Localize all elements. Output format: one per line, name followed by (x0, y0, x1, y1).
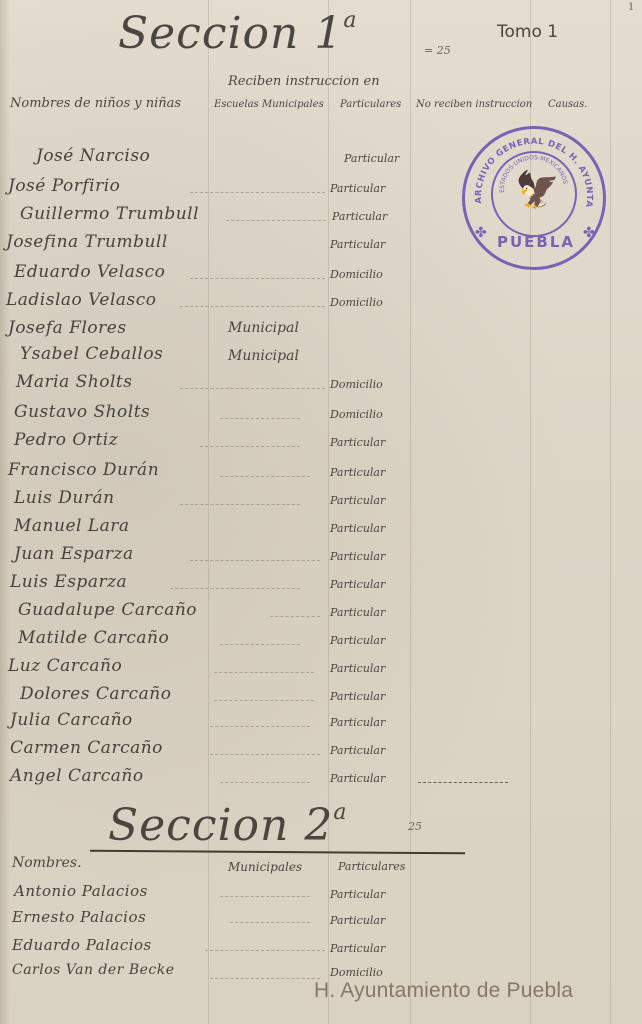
leader-dots (210, 726, 310, 727)
child-name: Eduardo Palacios (12, 936, 152, 954)
instruction-type: Domicilio (330, 408, 383, 421)
leader-dots (220, 644, 300, 645)
leader-dots (220, 782, 310, 783)
leader-dots (205, 950, 325, 951)
child-name: Guillermo Trumbull (20, 204, 199, 224)
page-number: 1 (628, 2, 634, 13)
instruction-type: Particular (344, 152, 399, 165)
child-name: Eduardo Velasco (14, 262, 165, 282)
instruction-type: Particular (330, 772, 385, 785)
instruction-type: Particular (330, 634, 385, 647)
instruction-type: Particular (330, 494, 385, 507)
leader-dots (190, 560, 320, 561)
table-row: Luis EsparzaParticular (0, 572, 642, 598)
child-name: Maria Sholts (16, 372, 132, 392)
child-name: Guadalupe Carcaño (18, 600, 197, 620)
instruction-type: Particular (330, 942, 385, 955)
child-name: José Porfirio (8, 176, 120, 196)
leader-dots (220, 476, 310, 477)
instruction-type: Particular (330, 550, 385, 563)
instruction-type: Particular (330, 578, 385, 591)
child-name: Carmen Carcaño (10, 738, 163, 758)
instruction-type: Particular (330, 436, 385, 449)
child-name: Luz Carcaño (8, 656, 122, 676)
table-row: Francisco DuránParticular (0, 460, 642, 486)
municipal-school: Municipal (228, 348, 299, 364)
child-name: Matilde Carcaño (18, 628, 169, 648)
section-2-header-municipal: Municipales (228, 860, 302, 874)
child-name: Dolores Carcaño (20, 684, 171, 704)
archive-watermark: H. Ayuntamiento de Puebla (314, 979, 573, 1003)
child-name: Manuel Lara (14, 516, 130, 536)
table-row: Pedro OrtizParticular (0, 430, 642, 456)
header-particular: Particulares (340, 99, 401, 110)
table-row: Angel CarcañoParticular (0, 766, 642, 792)
table-row: José NarcisoParticular (0, 146, 642, 172)
leader-dots (220, 418, 300, 419)
child-name: Juan Esparza (14, 544, 134, 564)
table-row: Luz CarcañoParticular (0, 656, 642, 682)
section-2-title: Seccion 2a (108, 800, 347, 851)
table-row: Gustavo SholtsDomicilio (0, 402, 642, 428)
table-row: Luis DuránParticular (0, 488, 642, 514)
table-row: Ernesto PalaciosParticular (0, 908, 642, 934)
table-row: Josefa FloresMunicipal (0, 318, 642, 344)
table-row: Juan EsparzaParticular (0, 544, 642, 570)
instruction-type: Particular (332, 210, 387, 223)
leader-dots (226, 220, 326, 221)
leader-dots (210, 754, 320, 755)
instruction-type: Particular (330, 914, 385, 927)
section-1-title: Seccion 1a (118, 8, 357, 59)
instruction-type: Particular (330, 522, 385, 535)
ledger-page: 1 Tomo 1 Seccion 1a = 25 Reciben instruc… (0, 0, 642, 1024)
table-row: Ladislao VelascoDomicilio (0, 290, 642, 316)
leader-dots (230, 922, 310, 923)
section-1-title-text: Seccion 1 (118, 8, 343, 59)
leader-dots (214, 672, 314, 673)
table-row: Dolores CarcañoParticular (0, 684, 642, 710)
child-name: José Narciso (36, 146, 150, 166)
table-row: Manuel LaraParticular (0, 516, 642, 542)
table-row: Maria SholtsDomicilio (0, 372, 642, 398)
table-row: Guadalupe CarcañoParticular (0, 600, 642, 626)
child-name: Luis Durán (14, 488, 115, 508)
table-row: Eduardo VelascoDomicilio (0, 262, 642, 288)
table-row: Matilde CarcañoParticular (0, 628, 642, 654)
header-schools: Escuelas (214, 99, 259, 110)
leader-dots (180, 388, 325, 389)
instruction-type: Particular (330, 744, 385, 757)
instruction-type: Particular (330, 690, 385, 703)
section-2-underline (90, 850, 465, 855)
header-causes: Causas. (548, 99, 587, 110)
section-2-title-text: Seccion 2 (108, 800, 333, 851)
leader-dots (270, 616, 320, 617)
leader-dots (210, 978, 320, 979)
header-municipal: Municipales (262, 99, 324, 110)
table-row: Antonio PalaciosParticular (0, 882, 642, 908)
municipal-school: Municipal (228, 320, 299, 336)
child-name: Gustavo Sholts (14, 402, 150, 422)
instruction-type: Particular (330, 888, 385, 901)
leader-dots (180, 306, 325, 307)
header-receive-instruction: Reciben instruccion en (228, 74, 380, 89)
table-row: Ysabel CeballosMunicipal (0, 344, 642, 370)
child-name: Josefa Flores (8, 318, 127, 338)
table-row: José PorfirioParticular (0, 176, 642, 202)
child-name: Francisco Durán (8, 460, 159, 480)
child-name: Luis Esparza (10, 572, 127, 592)
child-name: Josefina Trumbull (6, 232, 168, 252)
leader-dots (200, 446, 300, 447)
instruction-type: Domicilio (330, 966, 383, 979)
section-2-title-sup: a (333, 800, 347, 825)
instruction-type: Particular (330, 716, 385, 729)
leader-dots (220, 896, 310, 897)
instruction-type: Particular (330, 238, 385, 251)
leader-dots (170, 588, 300, 589)
child-name: Pedro Ortiz (14, 430, 118, 450)
table-row: Julia CarcañoParticular (0, 710, 642, 736)
leader-dots (418, 782, 508, 783)
volume-label: Tomo 1 (497, 22, 558, 42)
section-1-count: = 25 (424, 44, 451, 57)
child-name: Ernesto Palacios (12, 908, 146, 926)
instruction-type: Particular (330, 182, 385, 195)
table-row: Guillermo TrumbullParticular (0, 204, 642, 230)
child-name: Angel Carcaño (10, 766, 144, 786)
section-2-count: 25 (408, 820, 422, 833)
table-row: Josefina TrumbullParticular (0, 232, 642, 258)
instruction-type: Particular (330, 662, 385, 675)
leader-dots (190, 192, 325, 193)
child-name: Ysabel Ceballos (20, 344, 163, 364)
section-1-title-sup: a (343, 8, 357, 33)
table-row: Carmen CarcañoParticular (0, 738, 642, 764)
instruction-type: Domicilio (330, 268, 383, 281)
instruction-type: Domicilio (330, 378, 383, 391)
section-2-header-particular: Particulares (338, 860, 405, 873)
child-name: Ladislao Velasco (6, 290, 157, 310)
instruction-type: Particular (330, 606, 385, 619)
leader-dots (214, 700, 314, 701)
table-row: Eduardo PalaciosParticular (0, 936, 642, 962)
section-2-header-names: Nombres. (12, 855, 82, 871)
instruction-type: Domicilio (330, 296, 383, 309)
header-no-instruction: No reciben instruccion (416, 99, 532, 110)
child-name: Antonio Palacios (14, 882, 148, 900)
header-names: Nombres de niños y niñas (10, 96, 181, 111)
instruction-type: Particular (330, 466, 385, 479)
leader-dots (190, 278, 325, 279)
child-name: Julia Carcaño (10, 710, 133, 730)
leader-dots (180, 504, 300, 505)
child-name: Carlos Van der Becke (12, 962, 175, 978)
